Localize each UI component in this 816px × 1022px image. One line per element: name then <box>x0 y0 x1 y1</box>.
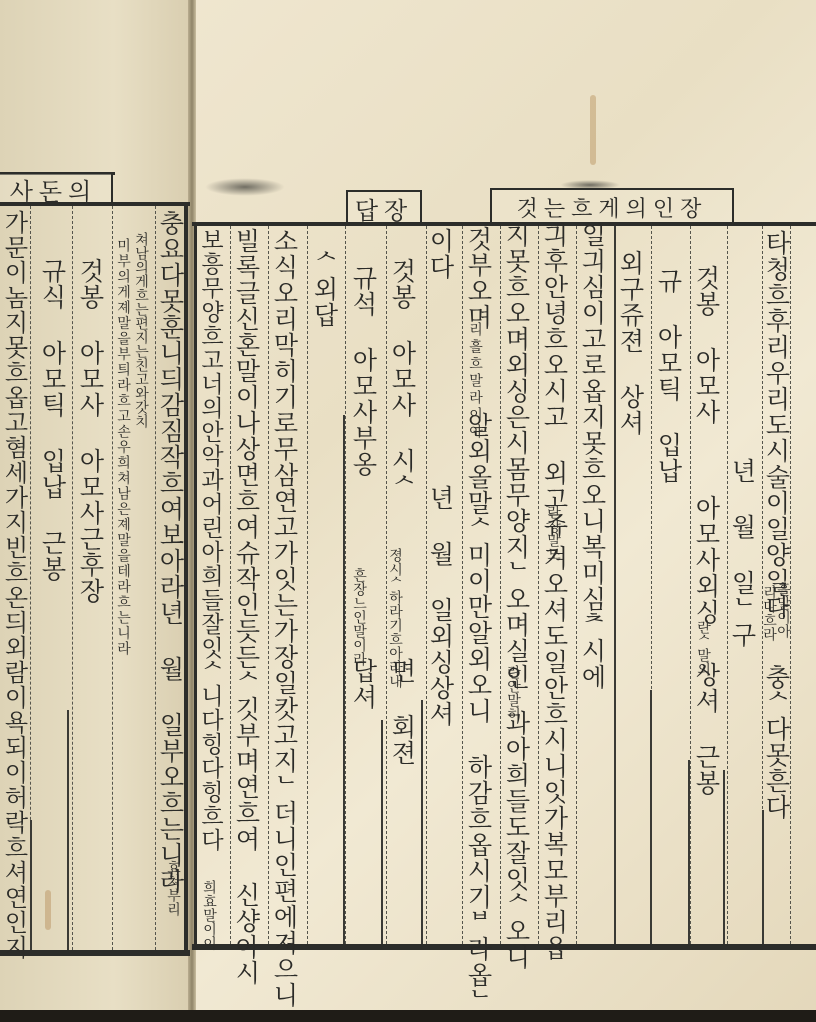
annotation-column: 쳐남의게흐는편지는친고와갓치 <box>134 232 148 428</box>
date-column: 년 월 일외싱상셔 <box>428 485 453 727</box>
column-rule <box>230 226 231 944</box>
left-frame-top-rule <box>0 202 190 206</box>
column-rule <box>268 226 269 944</box>
column-rule <box>723 770 725 944</box>
text-column: 답셔 <box>351 658 376 710</box>
letter-body-column: 긔후안녕흐오시고 외고쥬 <box>542 222 567 538</box>
letter-body-column: 겨오셔도일안흐시니잇가복모부리옵 <box>542 545 567 961</box>
header-title-reply: 답장 <box>346 190 422 226</box>
column-rule <box>343 415 345 944</box>
text-column: 가문이놈지못흐옵고혐세가지빈흐온듸외람이욕되이허락흐셔연인지 <box>2 210 26 960</box>
annotation-column: 흔장느인말이라 <box>352 568 366 666</box>
annotation-column: 미부의게졔말을부틔라흐고손우희쳐남은졔말을테라흐는니라 <box>116 238 130 657</box>
date-column: 년 월 일ᄂ구 <box>730 458 755 648</box>
column-rule <box>462 226 463 944</box>
annotation-column: 희효말이이 <box>202 880 216 950</box>
letter-body-column: 지못흐오며외싱은시몸무양지ᄂ오며실인 <box>504 222 529 690</box>
reply-body-column: 소식오리막히기로무삼연고가잇는가장일캇고지ᄂ더니인편에져으니 <box>272 228 297 1008</box>
column-rule <box>381 720 383 944</box>
column-rule <box>307 226 308 944</box>
column-rule <box>67 710 69 950</box>
reply-inner-envelope-column: 규석 아모사부옹 <box>351 265 376 477</box>
header-title-reply-text: 답장 <box>355 191 413 226</box>
book-bottom-edge <box>0 1010 816 1022</box>
column-rule <box>762 810 764 944</box>
column-rule <box>112 206 113 950</box>
text-column: 충ᄉ다못흔다 <box>764 664 789 820</box>
column-rule <box>421 700 423 944</box>
outer-envelope-column: 것봉 아모사 <box>694 265 719 425</box>
column-rule <box>690 226 691 944</box>
salutation-column: 외구쥬젼 상셔 <box>618 250 643 436</box>
letter-body-column: 것부오며 <box>466 226 491 330</box>
text-column: 아모사외싱 <box>694 495 719 625</box>
paper-stain <box>590 95 596 165</box>
column-rule <box>576 226 577 944</box>
inner-envelope-column: 규 아모틱 입납 <box>656 268 681 484</box>
column-rule <box>345 226 346 944</box>
reply-body-column: 빌록글신혼말이나상면흐여슈작인듯든ᄉ깃부며연흐여 신샹아시 <box>234 228 259 986</box>
header-title-to-father-in-law: 장인의게흐는것 <box>490 188 734 226</box>
column-rule <box>500 226 501 944</box>
ink-smudge <box>205 178 285 196</box>
left-header-title-box: 사돈의 <box>0 172 113 206</box>
column-rule <box>650 690 652 944</box>
column-rule <box>538 226 539 944</box>
column-rule <box>30 820 32 950</box>
text-column: 것봉 아모사 아모사근후장 <box>78 258 103 604</box>
left-frame-bottom-rule <box>0 950 190 956</box>
letter-body-column: 일긔심이고로옵지못흐오니복미심ᄎ시에 <box>580 222 605 690</box>
header-title-to-father-in-law-text: 장인의게흐는것 <box>517 192 708 223</box>
paper-stain <box>45 890 51 930</box>
text-column: 충요다못훈니듸감짐작흐여보아라 <box>158 210 183 600</box>
reply-body-column: 보흥무양흐고너의안악과어린아희들잘잇ᄉ니다힝다힝흐다 <box>198 228 221 852</box>
column-rule <box>72 206 73 950</box>
annotation-column: 리다흐라 <box>762 585 776 641</box>
date-column: 년 월 일부오흐는니라 <box>158 600 183 894</box>
letter-body-column: 알외올말ᄉ미이만알외오니 하감흐옵시기ᄇ라옵ᄂ <box>466 412 491 1014</box>
text-column: 타청흐후리우리도시술이일양일다 <box>764 230 789 620</box>
reply-outer-envelope-column: 것봉 아모사 시ᄉ <box>390 258 415 500</box>
annotation-column: 흘말이아 <box>776 582 790 638</box>
text-column: 상셔 근봉 <box>694 662 719 796</box>
letter-closing-column: 이다 <box>428 228 453 280</box>
text-column: 면 회젼 <box>390 658 415 766</box>
letter-body-column: 과아희들도잘잇ᄉ오니 <box>504 710 529 970</box>
column-rule <box>688 760 690 944</box>
reply-title-column: ᄉ외답 <box>312 250 337 328</box>
annotation-column: 효쳐부리 <box>166 860 180 916</box>
text-column: 규식 아모틱 입납 근봉 <box>40 258 65 582</box>
